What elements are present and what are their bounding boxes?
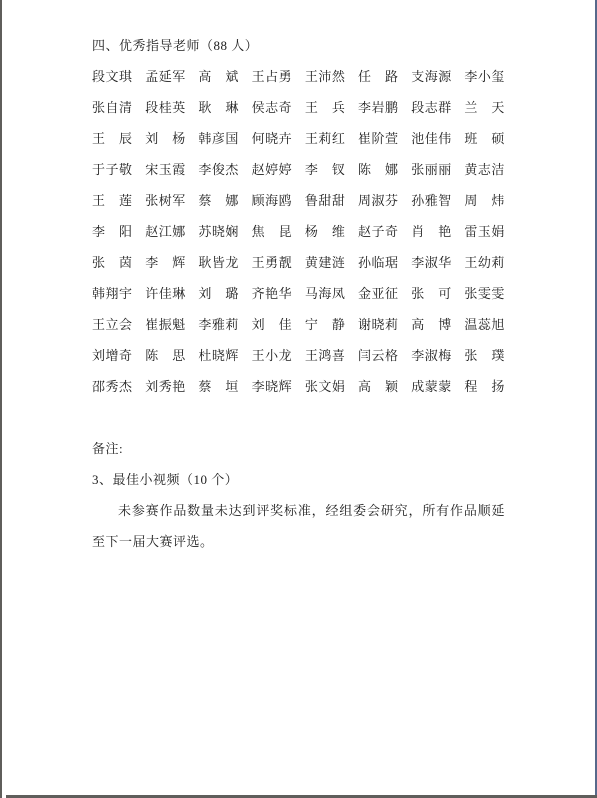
page-left-edge: [0, 0, 2, 798]
teacher-name: 于子敬: [92, 154, 133, 185]
teacher-name: 许佳琳: [145, 278, 186, 309]
teacher-name: 兰 天: [464, 92, 505, 123]
teacher-name: 王占勇: [252, 61, 293, 92]
teacher-name: 赵江娜: [145, 216, 186, 247]
teacher-name: 崔振魁: [145, 309, 186, 340]
teacher-name: 王莉红: [305, 123, 346, 154]
notes-paragraph-line-2: 至下一届大赛评选。: [92, 526, 505, 557]
teacher-name: 李晓辉: [252, 371, 293, 402]
section-title: 四、优秀指导老师（88 人）: [92, 30, 505, 61]
teacher-name: 王 莲: [92, 185, 133, 216]
teacher-name: 张自清: [92, 92, 133, 123]
teacher-name: 韩翔宇: [92, 278, 133, 309]
teacher-name: 高 斌: [198, 61, 239, 92]
teacher-name: 李淑华: [411, 247, 452, 278]
teacher-name: 王小龙: [252, 340, 293, 371]
notes-label: 备注:: [92, 433, 505, 464]
teacher-name: 焦 昆: [252, 216, 293, 247]
teacher-name: 李岩鹏: [358, 92, 399, 123]
teacher-name: 任 路: [358, 61, 399, 92]
teacher-name: 班 硕: [464, 123, 505, 154]
teacher-row: 王 莲张树军蔡 娜顾海鸥鲁甜甜周淑芬孙雅智周 炜: [92, 185, 505, 216]
teacher-name: 杜晓辉: [198, 340, 239, 371]
teacher-name: 崔阶萱: [358, 123, 399, 154]
teacher-name: 张 璞: [464, 340, 505, 371]
teacher-name: 段志群: [411, 92, 452, 123]
teacher-name: 宋玉霞: [145, 154, 186, 185]
teacher-name: 韩彦国: [198, 123, 239, 154]
teacher-row: 王 辰刘 杨韩彦国何晓卉王莉红崔阶萱池佳伟班 硕: [92, 123, 505, 154]
teacher-name: 蔡 娜: [198, 185, 239, 216]
teacher-name: 马海凤: [305, 278, 346, 309]
blank-line: [92, 402, 505, 433]
notes-item-title: 3、最佳小视频（10 个）: [92, 464, 505, 495]
teacher-name: 谢晓莉: [358, 309, 399, 340]
teacher-name: 齐艳华: [252, 278, 293, 309]
teacher-name: 李 钗: [305, 154, 346, 185]
teacher-name: 刘增奇: [92, 340, 133, 371]
teacher-name: 李雅莉: [198, 309, 239, 340]
teacher-name: 雷玉娟: [464, 216, 505, 247]
teacher-name: 支海源: [411, 61, 452, 92]
teacher-name: 成蒙蒙: [411, 371, 452, 402]
teacher-name: 李俊杰: [198, 154, 239, 185]
teacher-name: 李 阳: [92, 216, 133, 247]
document-content: 四、优秀指导老师（88 人） 段文琪孟延军高 斌王占勇王沛然任 路支海源李小玺张…: [92, 30, 505, 557]
teacher-row: 韩翔宇许佳琳刘 璐齐艳华马海凤金亚征张 可张雯雯: [92, 278, 505, 309]
teacher-name: 张丽丽: [411, 154, 452, 185]
teacher-row: 邵秀杰刘秀艳蔡 垣李晓辉张文娟高 颖成蒙蒙程 扬: [92, 371, 505, 402]
teacher-name: 刘 杨: [145, 123, 186, 154]
teacher-row: 刘增奇陈 思杜晓辉王小龙王鸿喜闫云格李淑梅张 璞: [92, 340, 505, 371]
teacher-name: 苏晓娴: [198, 216, 239, 247]
teacher-name: 闫云格: [358, 340, 399, 371]
teacher-name: 侯志奇: [252, 92, 293, 123]
teacher-name: 王鸿喜: [305, 340, 346, 371]
teacher-name: 何晓卉: [252, 123, 293, 154]
teacher-name: 程 扬: [464, 371, 505, 402]
teacher-name: 顾海鸥: [252, 185, 293, 216]
teacher-name: 孟延军: [145, 61, 186, 92]
teacher-name: 李 辉: [145, 247, 186, 278]
teacher-name: 张雯雯: [464, 278, 505, 309]
teacher-name: 温蕊旭: [464, 309, 505, 340]
teacher-name: 耿皆龙: [198, 247, 239, 278]
teacher-name: 邵秀杰: [92, 371, 133, 402]
teacher-name: 蔡 垣: [198, 371, 239, 402]
teacher-name: 王幼莉: [464, 247, 505, 278]
teacher-name: 陈 娜: [358, 154, 399, 185]
teacher-row: 于子敬宋玉霞李俊杰赵婷婷李 钗陈 娜张丽丽黄志洁: [92, 154, 505, 185]
teacher-name: 周 炜: [464, 185, 505, 216]
teacher-name: 刘 璐: [198, 278, 239, 309]
teacher-row: 张自清段桂英耿 琳侯志奇王 兵李岩鹏段志群兰 天: [92, 92, 505, 123]
teacher-name: 段文琪: [92, 61, 133, 92]
teacher-row: 王立会崔振魁李雅莉刘 佳宁 静谢晓莉高 博温蕊旭: [92, 309, 505, 340]
teacher-name: 周淑芬: [358, 185, 399, 216]
document-page: 四、优秀指导老师（88 人） 段文琪孟延军高 斌王占勇王沛然任 路支海源李小玺张…: [0, 0, 597, 798]
teacher-name: 张 可: [411, 278, 452, 309]
teacher-name: 李小玺: [464, 61, 505, 92]
teacher-name: 高 颖: [358, 371, 399, 402]
teacher-name: 王立会: [92, 309, 133, 340]
teacher-name: 赵婷婷: [252, 154, 293, 185]
teacher-name: 段桂英: [145, 92, 186, 123]
teacher-name: 耿 琳: [198, 92, 239, 123]
teacher-name: 赵子奇: [358, 216, 399, 247]
teacher-row: 段文琪孟延军高 斌王占勇王沛然任 路支海源李小玺: [92, 61, 505, 92]
teacher-name: 陈 思: [145, 340, 186, 371]
notes-paragraph-line-1: 未参赛作品数量未达到评奖标准，经组委会研究，所有作品顺延: [92, 495, 505, 526]
teacher-name: 张树军: [145, 185, 186, 216]
teacher-name: 张 茵: [92, 247, 133, 278]
teacher-name: 张文娟: [305, 371, 346, 402]
teacher-name: 金亚征: [358, 278, 399, 309]
teacher-name: 王 辰: [92, 123, 133, 154]
teacher-name: 孙雅智: [411, 185, 452, 216]
teacher-name: 鲁甜甜: [305, 185, 346, 216]
teacher-name: 杨 维: [305, 216, 346, 247]
teacher-name: 肖 艳: [411, 216, 452, 247]
teacher-name: 李淑梅: [411, 340, 452, 371]
teacher-row: 李 阳赵江娜苏晓娴焦 昆杨 维赵子奇肖 艳雷玉娟: [92, 216, 505, 247]
teacher-name: 宁 静: [305, 309, 346, 340]
teacher-name: 王勇靓: [252, 247, 293, 278]
teacher-name: 刘秀艳: [145, 371, 186, 402]
teacher-name: 王沛然: [305, 61, 346, 92]
teacher-name: 黄志洁: [464, 154, 505, 185]
teacher-row: 张 茵李 辉耿皆龙王勇靓黄建涟孙临琚李淑华王幼莉: [92, 247, 505, 278]
teacher-name: 池佳伟: [411, 123, 452, 154]
teacher-name: 孙临琚: [358, 247, 399, 278]
teacher-name: 王 兵: [305, 92, 346, 123]
teacher-name: 刘 佳: [252, 309, 293, 340]
teacher-name: 黄建涟: [305, 247, 346, 278]
teacher-grid: 段文琪孟延军高 斌王占勇王沛然任 路支海源李小玺张自清段桂英耿 琳侯志奇王 兵李…: [92, 61, 505, 402]
teacher-name: 高 博: [411, 309, 452, 340]
